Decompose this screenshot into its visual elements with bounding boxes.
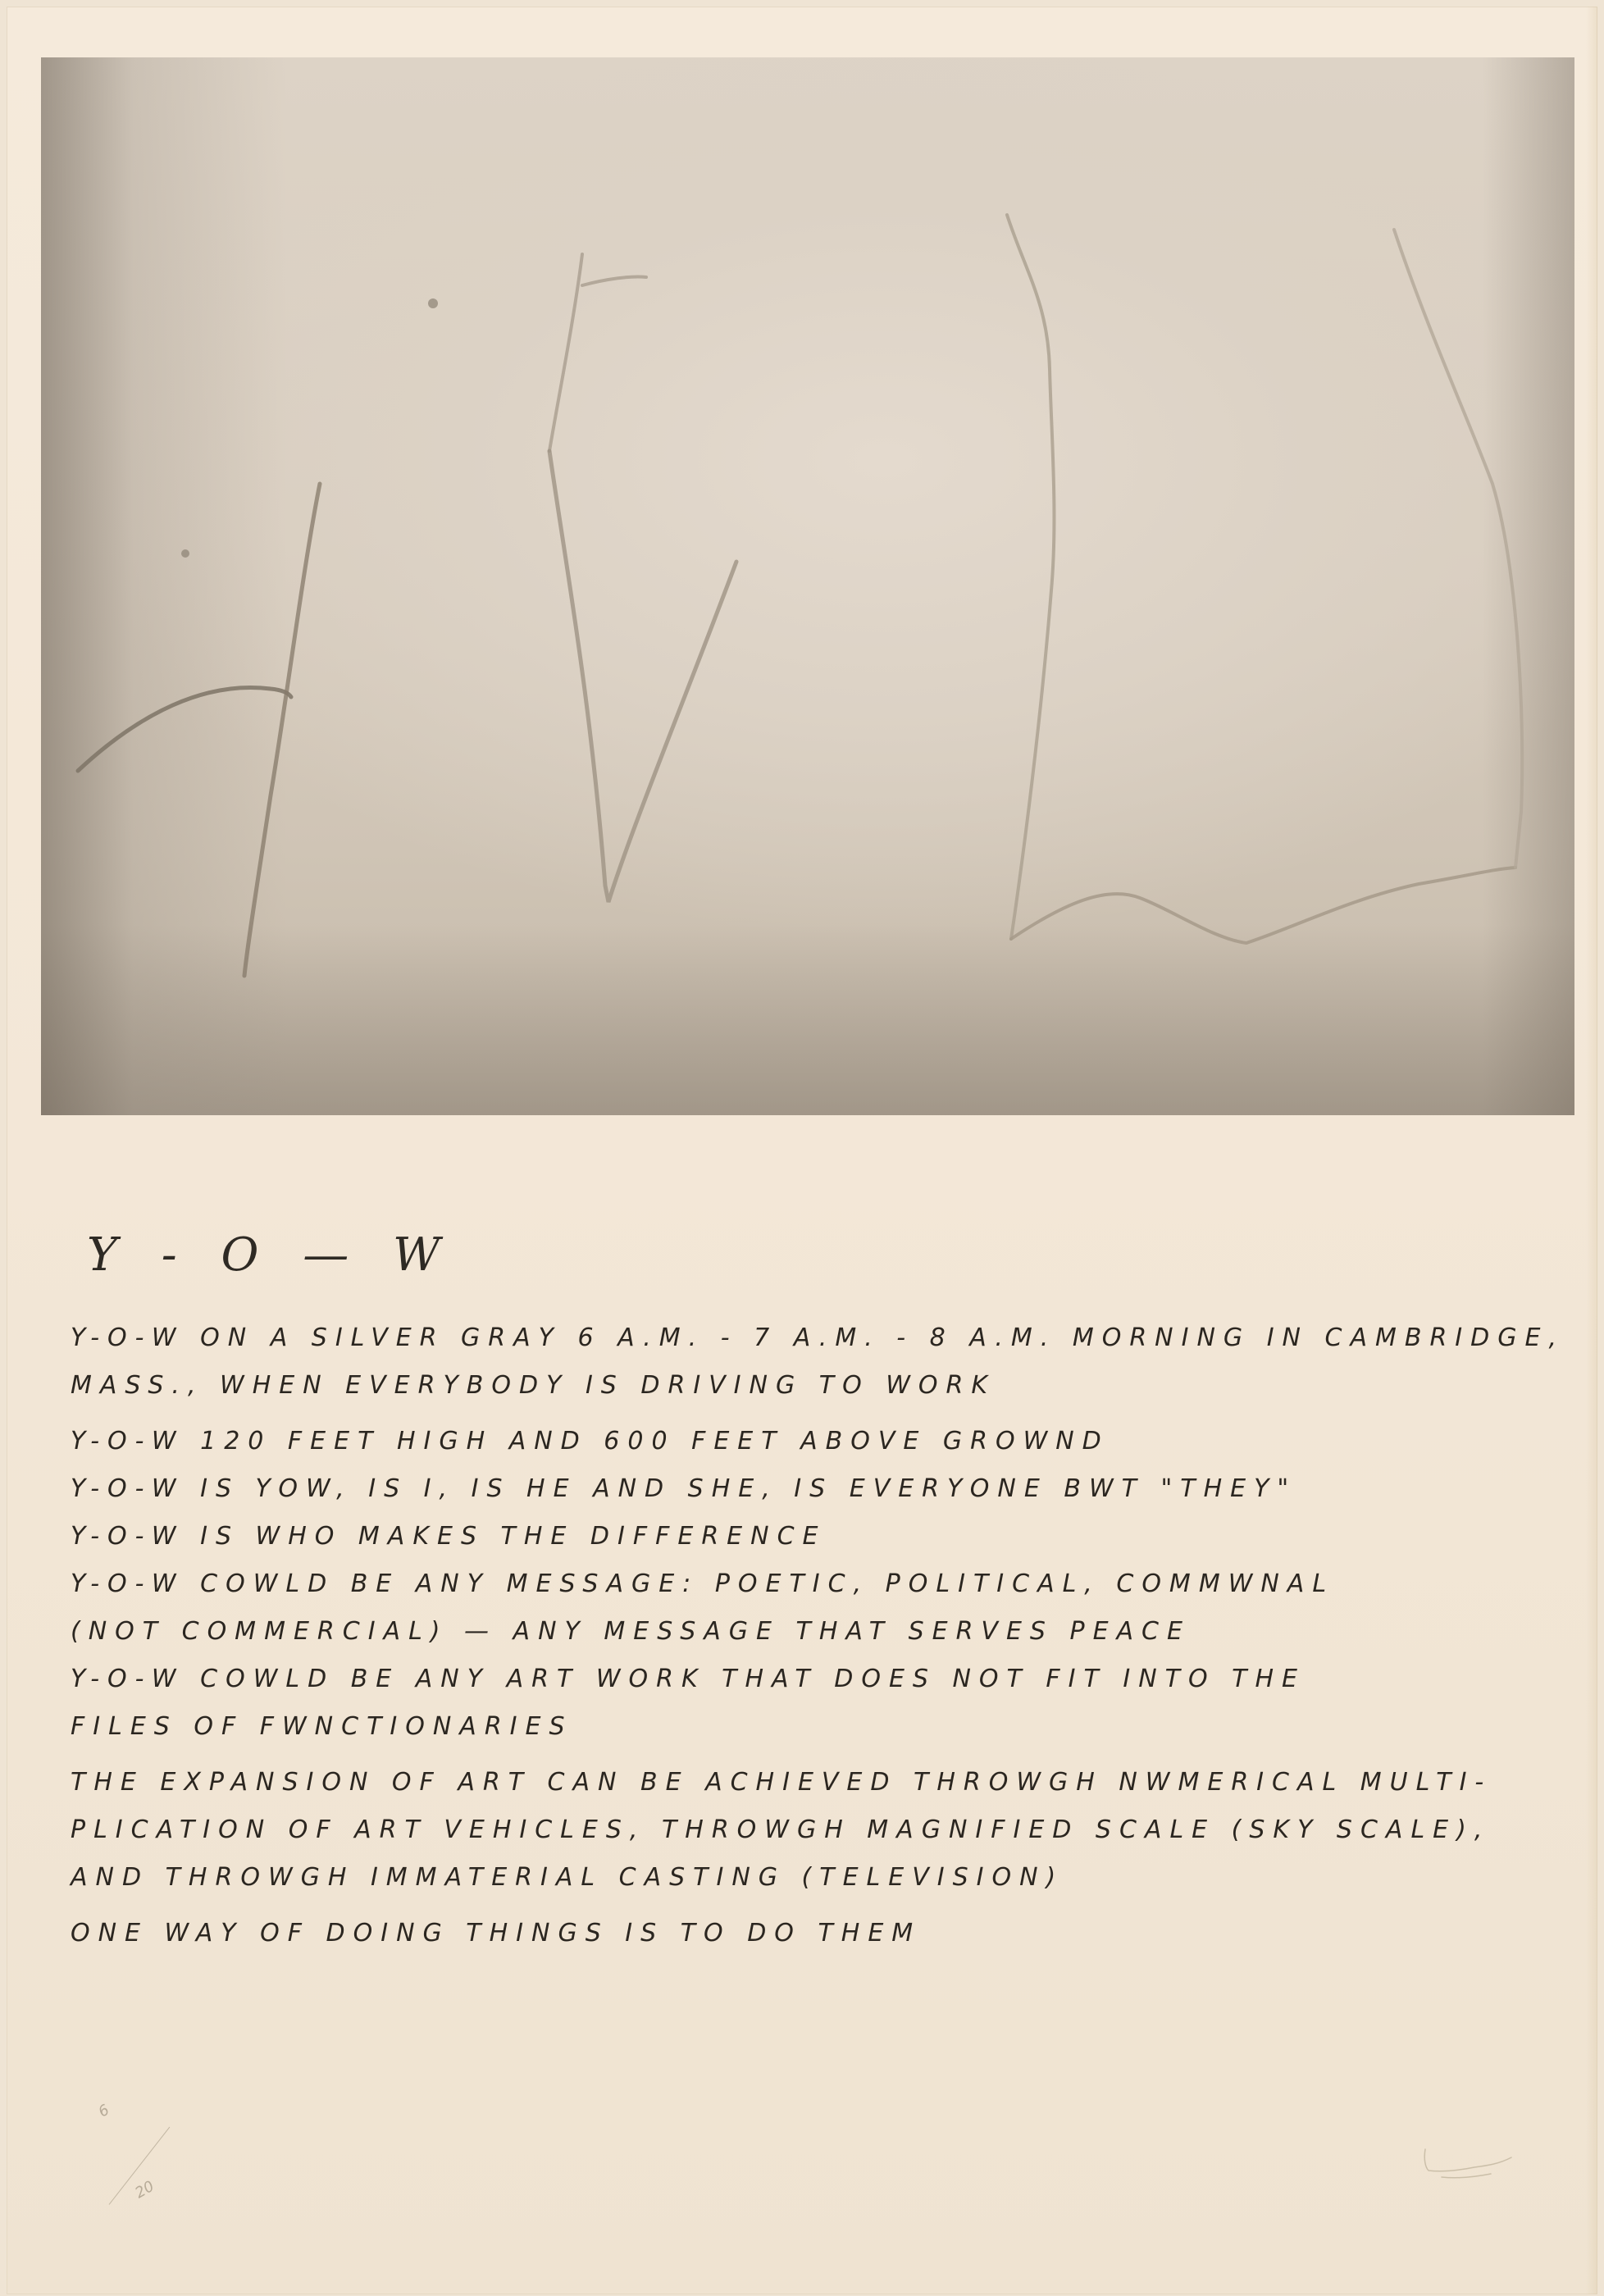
edition-number: 6 20 xyxy=(84,2098,183,2221)
text-line-12: AND THROWGH IMMATERIAL CASTING (TELEVISI… xyxy=(71,1854,1563,1902)
text-line-4: Y-O-W IS YOW, IS I, IS HE AND SHE, IS EV… xyxy=(71,1465,1563,1513)
text-line-2: MASS., WHEN EVERYBODY IS DRIVING TO WORK xyxy=(71,1362,1563,1410)
sky-writing-strokes xyxy=(41,57,1574,1115)
text-line-11: PLICATION OF ART VEHICLES, THROWGH MAGNI… xyxy=(71,1806,1563,1854)
text-line-5: Y-O-W IS WHO MAKES THE DIFFERENCE xyxy=(71,1513,1563,1560)
text-line-3: Y-O-W 120 FEET HIGH AND 600 FEET ABOVE G… xyxy=(71,1418,1563,1465)
edition-number-value: 6 xyxy=(96,2102,112,2121)
text-line-8: Y-O-W COWLD BE ANY ART WORK THAT DOES NO… xyxy=(71,1656,1563,1703)
text-line-13: ONE WAY OF DOING THINGS IS TO DO THEM xyxy=(71,1910,1563,1957)
pencil-signature xyxy=(1409,2134,1532,2192)
edition-total: 20 xyxy=(132,2178,157,2203)
print-sheet: Y - O — W Y-O-W ON A SILVER GRAY 6 A.M. … xyxy=(7,7,1597,2294)
text-line-1: Y-O-W ON A SILVER GRAY 6 A.M. - 7 A.M. -… xyxy=(71,1314,1563,1362)
title-yow: Y - O — W xyxy=(87,1228,1563,1282)
photograph-plate xyxy=(41,57,1574,1115)
handwritten-text-block: Y - O — W Y-O-W ON A SILVER GRAY 6 A.M. … xyxy=(71,1228,1563,1957)
text-line-9: FILES OF FWNCTIONARIES xyxy=(71,1703,1563,1751)
text-line-7: (NOT COMMERCIAL) — ANY MESSAGE THAT SERV… xyxy=(71,1608,1563,1656)
text-line-6: Y-O-W COWLD BE ANY MESSAGE: POETIC, POLI… xyxy=(71,1560,1563,1608)
sheet-edge-shadow xyxy=(1586,7,1597,2294)
text-line-10: THE EXPANSION OF ART CAN BE ACHIEVED THR… xyxy=(71,1759,1563,1806)
